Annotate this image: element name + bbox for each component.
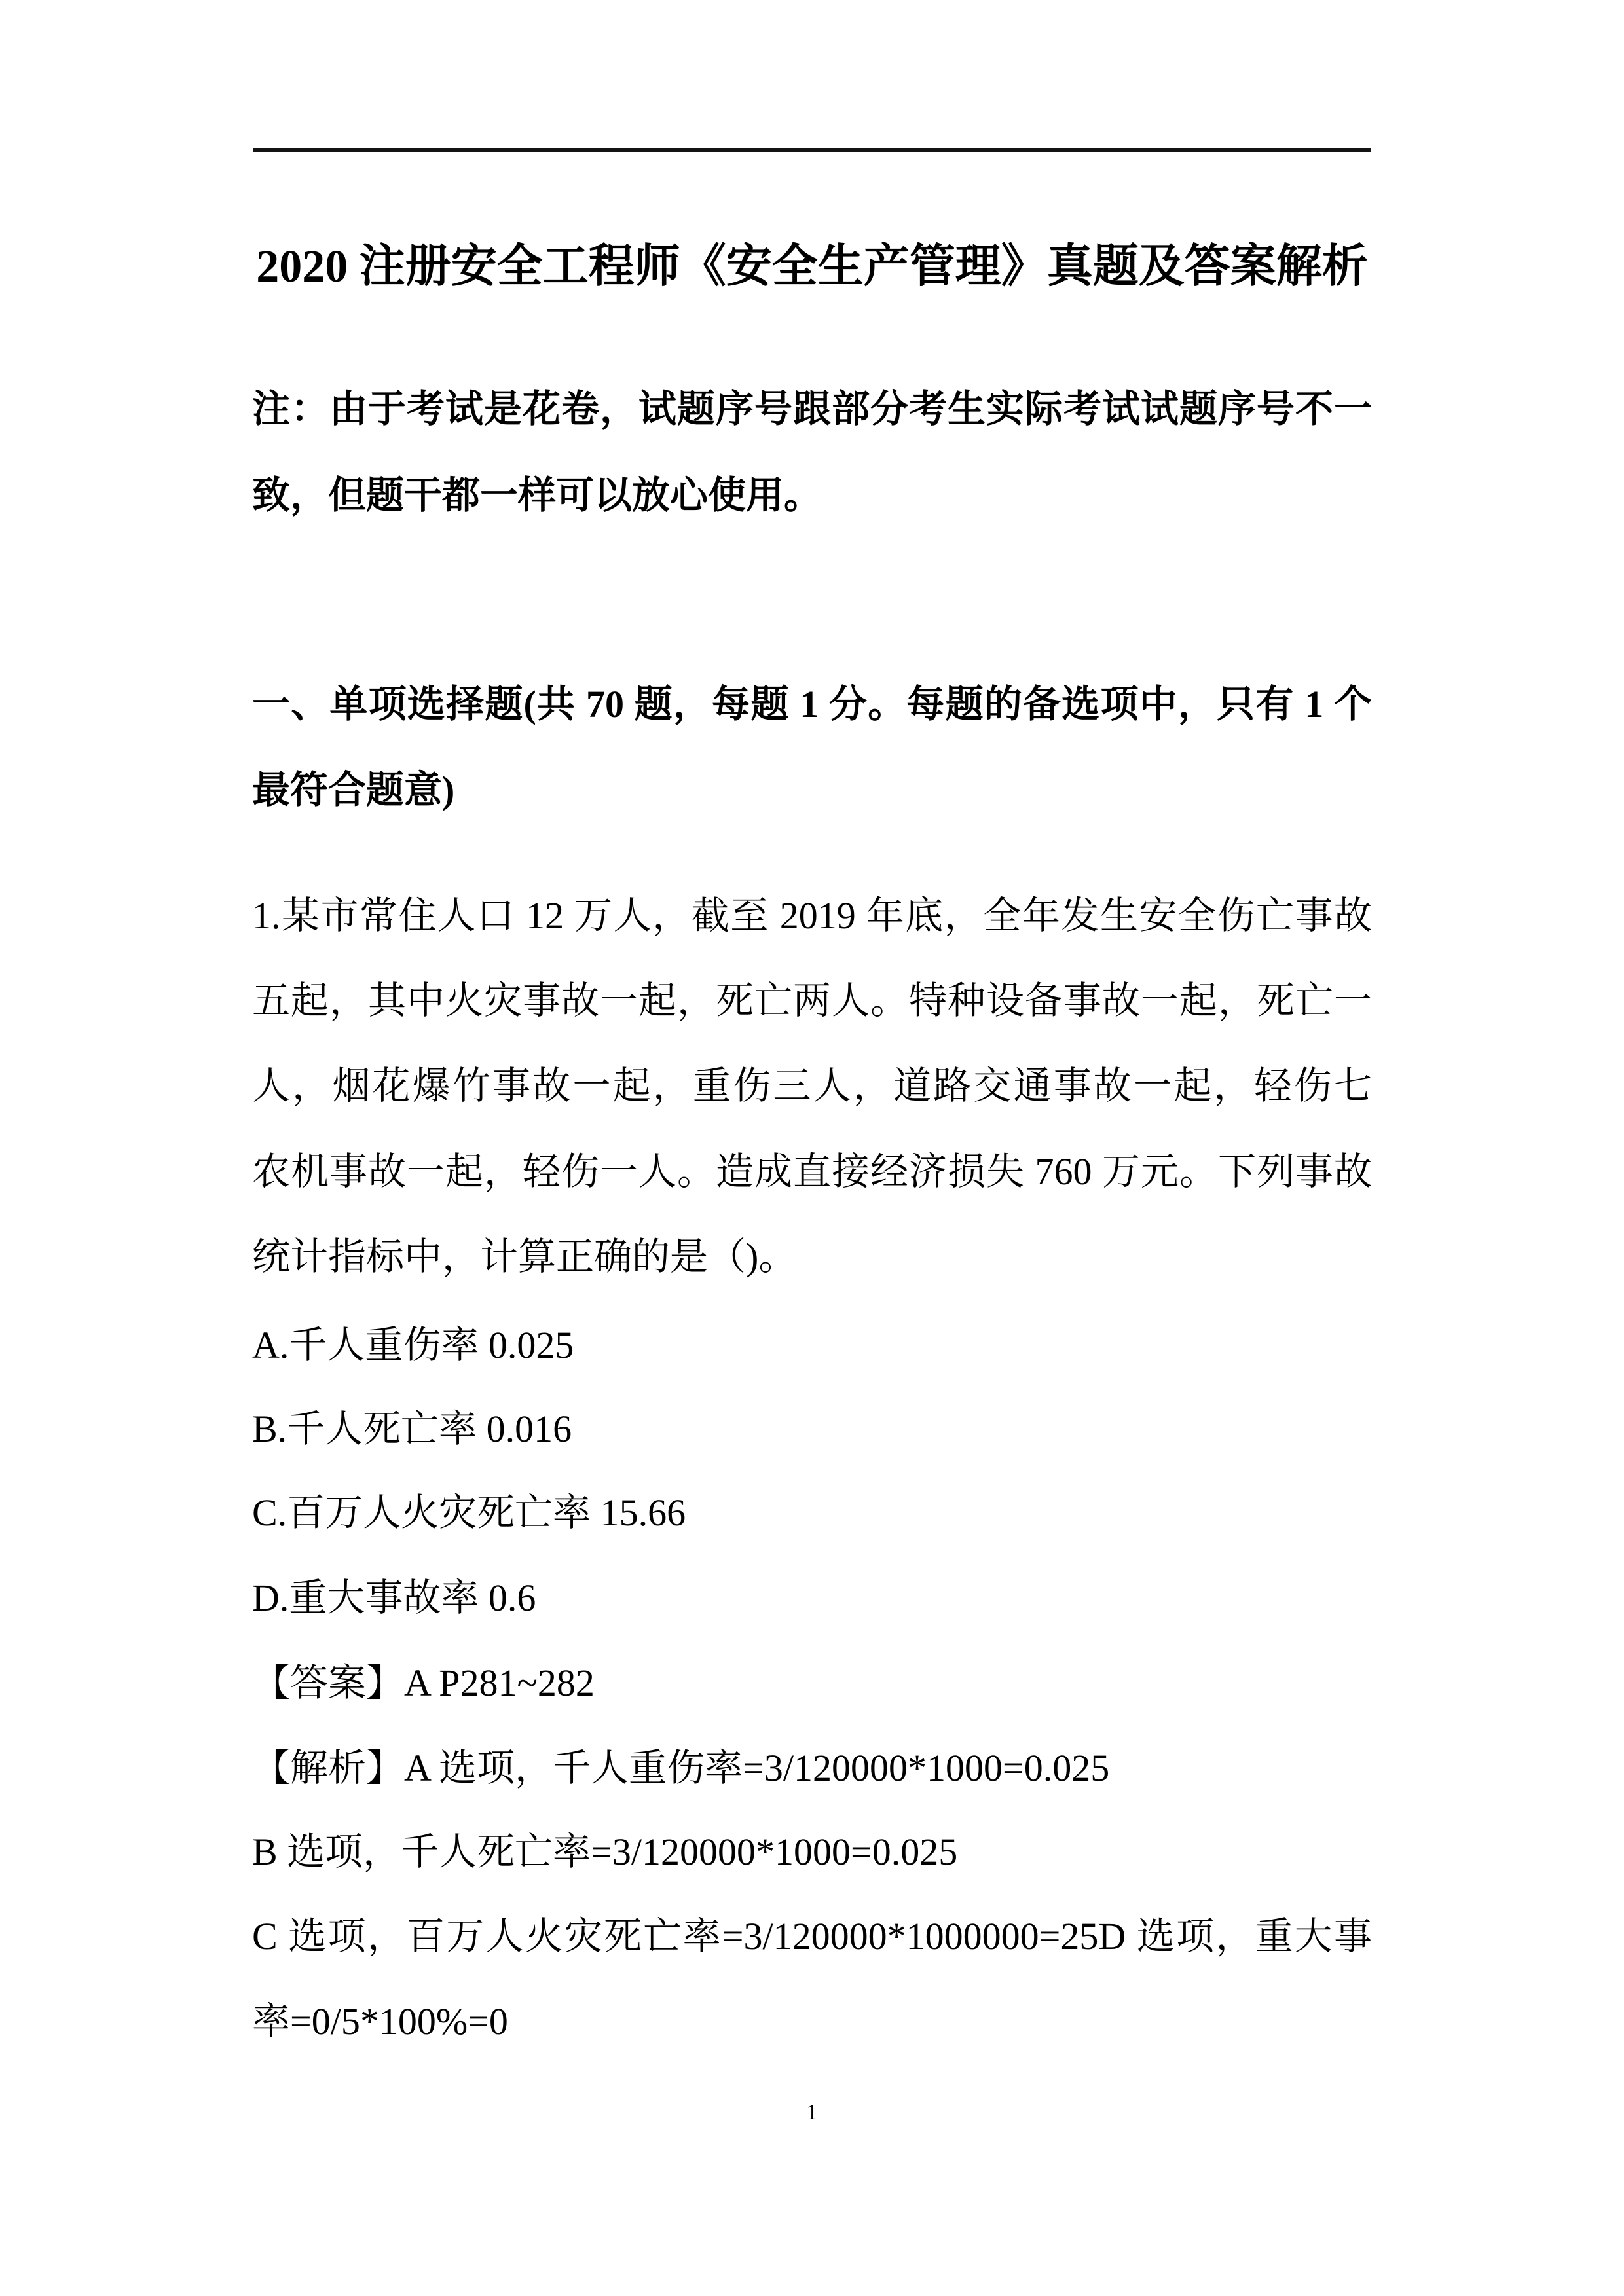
header-rule [253,148,1371,152]
note-line-1: 注：由于考试是花卷，试题序号跟部分考生实际考试试题序号不一 [252,386,1372,432]
note-line-2: 致，但题干都一样可以放心使用。 [252,473,1372,519]
question-1-analysis-line-4: 率=0/5*100%=0 [252,1999,1372,2045]
question-1-option-b: B.千人死亡率 0.016 [252,1406,1372,1452]
page-number: 1 [252,2098,1372,2127]
question-1-stem-line-3: 人，烟花爆竹事故一起，重伤三人，道路交通事故一起，轻伤七人， [252,1063,1372,1109]
question-1-analysis-line-2: B 选项，千人死亡率=3/120000*1000=0.025 [252,1829,1372,1875]
question-1-answer: 【答案】A P281~282 [252,1660,1372,1706]
question-1-option-a: A.千人重伤率 0.025 [252,1322,1372,1368]
question-1-option-d: D.重大事故率 0.6 [252,1575,1372,1621]
question-1-option-c: C.百万人火灾死亡率 15.66 [252,1490,1372,1536]
document-title: 2020 注册安全工程师《安全生产管理》真题及答案解析 [252,237,1372,297]
question-1-analysis-line-1: 【解析】A 选项，千人重伤率=3/120000*1000=0.025 [252,1745,1372,1791]
question-1-stem-line-2: 五起，其中火灾事故一起，死亡两人。特种设备事故一起，死亡一 [252,978,1372,1024]
section-heading-line-2: 最符合题意) [252,767,1372,813]
document-page: 2020 注册安全工程师《安全生产管理》真题及答案解析 注：由于考试是花卷，试题… [0,0,1624,2296]
question-1-stem-line-4: 农机事故一起，轻伤一人。造成直接经济损失 760 万元。下列事故 [252,1149,1372,1195]
question-1-analysis-line-3: C 选项，百万人火灾死亡率=3/120000*1000000=25D 选项，重大… [252,1914,1372,1959]
section-heading-line-1: 一、单项选择题(共 70 题，每题 1 分。每题的备选项中，只有 1 个 [252,682,1372,727]
question-1-stem-line-5: 统计指标中，计算正确的是（)。 [252,1234,1372,1280]
question-1-stem-line-1: 1.某市常住人口 12 万人，截至 2019 年底，全年发生安全伤亡事故 [252,893,1372,939]
